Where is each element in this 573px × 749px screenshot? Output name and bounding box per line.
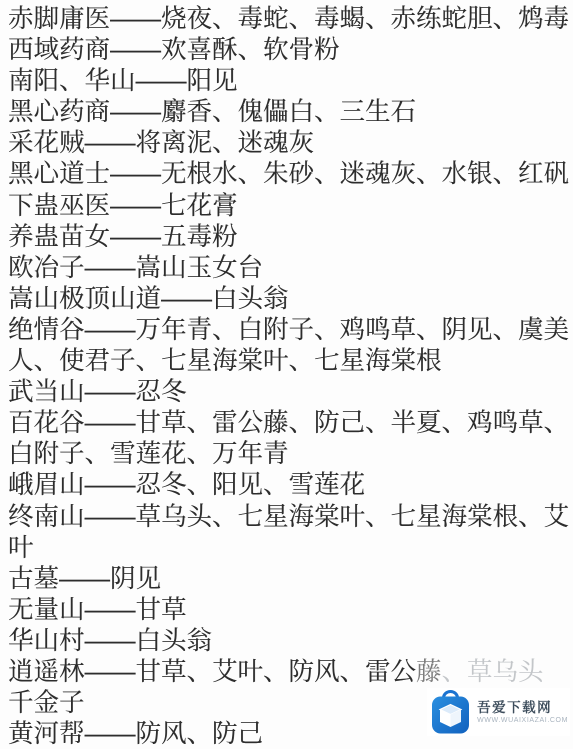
text-lines: 赤脚庸医——烧夜、毒蛇、毒蝎、赤练蛇胆、鸩毒西域药商——欢喜酥、软骨粉南阳、华山… xyxy=(8,4,573,749)
text-line: 峨眉山——忍冬、阳见、雪莲花 xyxy=(8,470,573,501)
text-line: 黑心道士——无根水、朱砂、迷魂灰、水银、红矾 xyxy=(8,159,573,190)
text-line: 下蛊巫医——七花膏 xyxy=(8,191,573,222)
text-line: 南阳、华山——阳见 xyxy=(8,66,573,97)
line-text: 南阳、华山——阳见 xyxy=(8,67,238,95)
line-text-faded: 、草乌头 xyxy=(442,658,544,686)
text-line: 古墓——阴见 xyxy=(8,564,573,595)
line-text: 嵩山极顶山道——白头翁 xyxy=(8,285,289,313)
line-text: 白附子、雪莲花、万年青 xyxy=(8,440,289,468)
line-text: 采花贼——将离泥、迷魂灰 xyxy=(8,129,314,157)
text-line: 欧冶子——嵩山玉女台 xyxy=(8,253,573,284)
line-text: 百花谷——甘草、雷公藤、防己、半夏、鸡鸣草、 xyxy=(8,409,569,437)
line-text: 武当山——忍冬 xyxy=(8,378,187,406)
site-url: WWW.WUAIXIAZAI.COM xyxy=(477,716,568,725)
text-line: 采花贼——将离泥、迷魂灰 xyxy=(8,128,573,159)
text-line: 嵩山极顶山道——白头翁 xyxy=(8,284,573,315)
line-text-semi-faded: 藤 xyxy=(416,658,442,686)
text-line: 无量山——甘草 xyxy=(8,595,573,626)
line-text: 黄河帮——防风、防己 xyxy=(8,720,263,748)
line-text: 绝情谷——万年青、白附子、鸡鸣草、阴见、虞美 xyxy=(8,316,569,344)
text-line: 绝情谷——万年青、白附子、鸡鸣草、阴见、虞美 xyxy=(8,315,573,346)
download-box-icon xyxy=(431,690,470,734)
text-line: 叶 xyxy=(8,533,573,564)
line-text: 养蛊苗女——五毒粉 xyxy=(8,223,238,251)
line-text: 西域药商——欢喜酥、软骨粉 xyxy=(8,36,340,64)
line-text: 古墓——阴见 xyxy=(8,565,161,593)
line-text: 黑心药商——麝香、傀儡白、三生石 xyxy=(8,98,416,126)
text-line: 百花谷——甘草、雷公藤、防己、半夏、鸡鸣草、 xyxy=(8,408,573,439)
text-line: 养蛊苗女——五毒粉 xyxy=(8,222,573,253)
herb-location-list-page: 赤脚庸医——烧夜、毒蛇、毒蝎、赤练蛇胆、鸩毒西域药商——欢喜酥、软骨粉南阳、华山… xyxy=(0,0,573,749)
text-line: 黑心药商——麝香、傀儡白、三生石 xyxy=(8,97,573,128)
line-text: 无量山——甘草 xyxy=(8,596,187,624)
text-line: 西域药商——欢喜酥、软骨粉 xyxy=(8,35,573,66)
text-line: 白附子、雪莲花、万年青 xyxy=(8,439,573,470)
text-line: 华山村——白头翁 xyxy=(8,626,573,657)
line-text: 下蛊巫医——七花膏 xyxy=(8,192,238,220)
line-text: 叶 xyxy=(8,534,34,562)
site-name: 吾爱下载网 xyxy=(477,700,568,716)
text-line: 武当山——忍冬 xyxy=(8,377,573,408)
line-text: 逍遥林——甘草、艾叶、防风、雷公 xyxy=(8,658,416,686)
line-text: 黑心道士——无根水、朱砂、迷魂灰、水银、红矾 xyxy=(8,160,569,188)
text-line: 逍遥林——甘草、艾叶、防风、雷公藤、草乌头 xyxy=(8,657,573,688)
text-line: 赤脚庸医——烧夜、毒蛇、毒蝎、赤练蛇胆、鸩毒 xyxy=(8,4,573,35)
site-watermark-text: 吾爱下载网 WWW.WUAIXIAZAI.COM xyxy=(477,700,568,725)
line-text: 欧冶子——嵩山玉女台 xyxy=(8,254,263,282)
line-text: 人、使君子、七星海棠叶、七星海棠根 xyxy=(8,347,442,375)
line-text: 峨眉山——忍冬、阳见、雪莲花 xyxy=(8,471,365,499)
text-line: 人、使君子、七星海棠叶、七星海棠根 xyxy=(8,346,573,377)
line-text: 华山村——白头翁 xyxy=(8,627,212,655)
line-text: 终南山——草乌头、七星海棠叶、七星海棠根、艾 xyxy=(8,503,569,531)
text-line: 终南山——草乌头、七星海棠叶、七星海棠根、艾 xyxy=(8,502,573,533)
line-text: 千金子 xyxy=(8,689,85,717)
line-text: 赤脚庸医——烧夜、毒蛇、毒蝎、赤练蛇胆、鸩毒 xyxy=(8,5,569,33)
site-watermark: 吾爱下载网 WWW.WUAIXIAZAI.COM xyxy=(427,688,570,736)
